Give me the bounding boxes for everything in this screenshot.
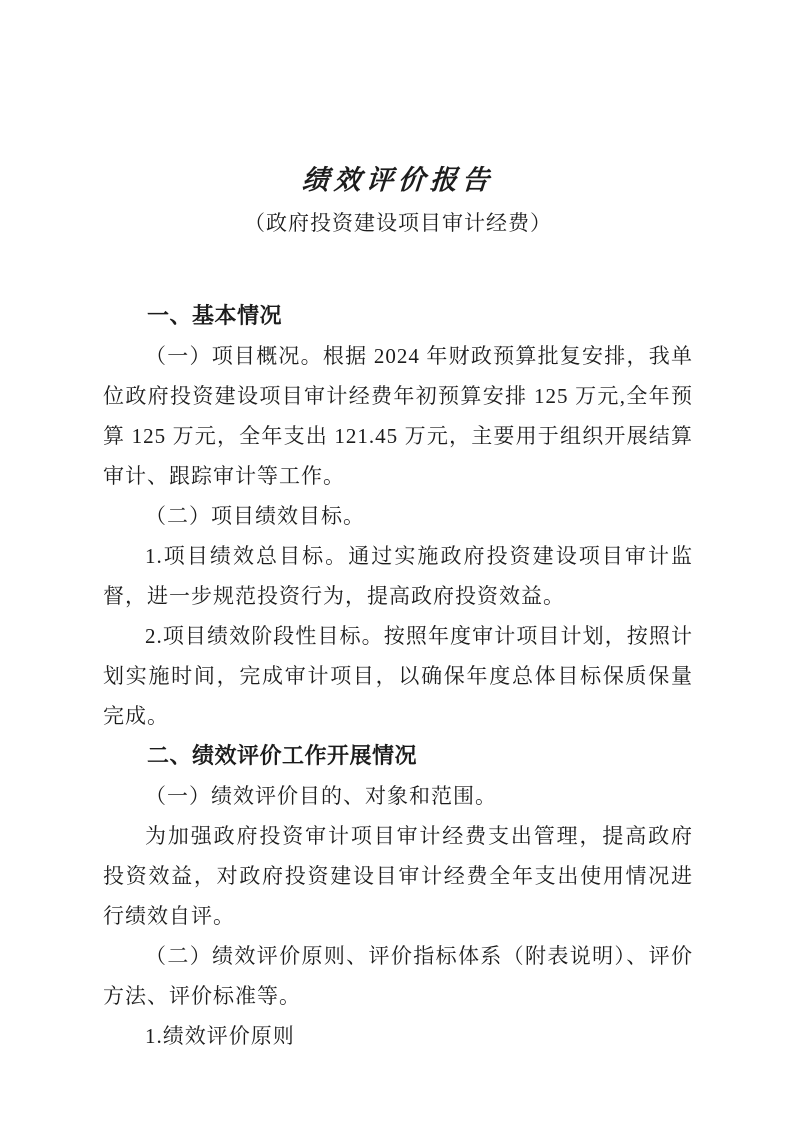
paragraph-evaluation-purpose: 为加强政府投资审计项目审计经费支出管理，提高政府投资效益，对政府投资建设目审计经… [103, 816, 693, 936]
section-heading-1: 一、基本情况 [103, 296, 693, 336]
paragraph-phase-goal: 2.项目绩效阶段性目标。按照年度审计项目计划，按照计划实施时间，完成审计项目，以… [103, 616, 693, 736]
section-heading-2: 二、绩效评价工作开展情况 [103, 736, 693, 776]
paragraph-principles-item: 1.绩效评价原则 [103, 1016, 693, 1056]
paragraph-performance-goals-label: （二）项目绩效目标。 [103, 496, 693, 536]
paragraph-evaluation-principles-label: （二）绩效评价原则、评价指标体系（附表说明）、评价方法、评价标准等。 [103, 936, 693, 1016]
paragraph-evaluation-scope-label: （一）绩效评价目的、对象和范围。 [103, 776, 693, 816]
document-body: 一、基本情况 （一）项目概况。根据 2024 年财政预算批复安排，我单位政府投资… [103, 296, 693, 1056]
document-subtitle: （政府投资建设项目审计经费） [103, 202, 693, 244]
document-title: 绩效评价报告 [101, 158, 694, 202]
paragraph-overall-goal: 1.项目绩效总目标。通过实施政府投资建设项目审计监督，进一步规范投资行为，提高政… [103, 536, 693, 616]
paragraph-project-overview: （一）项目概况。根据 2024 年财政预算批复安排，我单位政府投资建设项目审计经… [103, 336, 693, 496]
document-page: 绩效评价报告 （政府投资建设项目审计经费） 一、基本情况 （一）项目概况。根据 … [0, 0, 793, 1122]
